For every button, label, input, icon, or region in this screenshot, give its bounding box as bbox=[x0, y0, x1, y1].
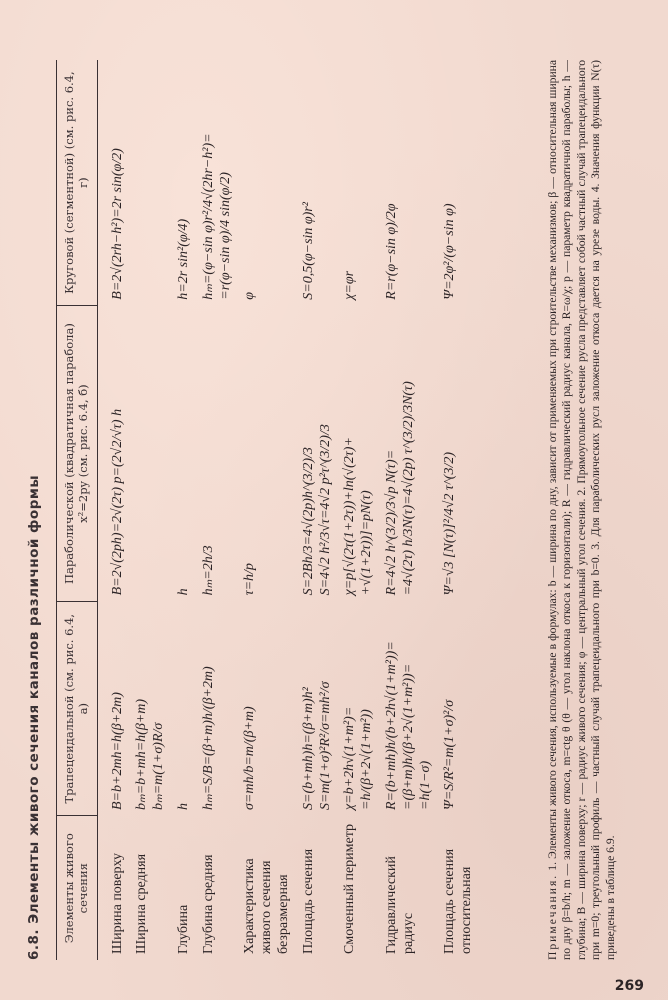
formula-line: h bbox=[176, 312, 193, 596]
formula-line: S=m(1+σ)²R²/σ=mh²/σ bbox=[318, 607, 335, 810]
formula-line: B=b+2mh=h(β+2m) bbox=[110, 607, 127, 810]
formula-line: B=2√(2rh−h²)=2r sin(φ/2) bbox=[110, 66, 127, 300]
table-row: Характеристика живого сечения безразмерн… bbox=[238, 60, 296, 960]
row-label: Смоченный периметр bbox=[338, 816, 380, 960]
trapezoid-formula: B=b+2mh=h(β+2m) bbox=[97, 601, 130, 816]
trapezoid-formula: bₘ=b+mh=h(β+m) bₘ=m(1+σ)R/σ bbox=[130, 601, 172, 816]
circular-formula: h=2r sin²(φ/4) bbox=[172, 60, 197, 306]
parabolic-formula: hₘ=2h/3 bbox=[197, 306, 239, 602]
formula-line: Ψ=2φ²/(φ−sin φ) bbox=[442, 66, 459, 300]
circular-formula: R=r(φ−sin φ)/2φ bbox=[380, 60, 438, 306]
formula-line: =h(1−σ) bbox=[418, 607, 435, 810]
circular-formula: B=2√(2rh−h²)=2r sin(φ/2) bbox=[97, 60, 130, 306]
formula-line: =r(φ−sin φ)/4 sin(φ/2) bbox=[218, 66, 235, 300]
trapezoid-formula: χ=b+2h√(1+m²)= =h/(β+2√(1+m²)) bbox=[338, 601, 380, 816]
row-label: Гидравлический радиус bbox=[380, 816, 438, 960]
formula-line: bₘ=b+mh=h(β+m) bbox=[134, 607, 151, 810]
circular-formula: χ=φr bbox=[338, 60, 380, 306]
notes-label: Примечания. bbox=[546, 874, 559, 960]
row-label: Площадь сечения относительная bbox=[438, 816, 480, 960]
circular-formula: S=0,5(φ−sin φ)r² bbox=[297, 60, 339, 306]
table-row: Смоченный периметр χ=b+2h√(1+m²)= =h/(β+… bbox=[338, 60, 380, 960]
circular-formula: φ bbox=[238, 60, 296, 306]
formula-line: hₘ=(φ−sin φ)r²/4√(2hr−h²)= bbox=[201, 66, 218, 300]
channel-section-table: Элементы живого сечения Трапецеидальной … bbox=[56, 60, 480, 960]
formula-line: χ=φr bbox=[342, 66, 359, 300]
table-row: Площадь сечения относительная Ψ=S/R²=m(1… bbox=[438, 60, 480, 960]
row-label: Ширина поверху bbox=[97, 816, 130, 960]
formula-line: h=2r sin²(φ/4) bbox=[176, 66, 193, 300]
trapezoid-formula: h bbox=[172, 601, 197, 816]
formula-line: R=4√2 h^(3/2)/3√p N(τ)= bbox=[384, 312, 401, 596]
circular-formula bbox=[130, 60, 172, 306]
row-label: Ширина средняя bbox=[130, 816, 172, 960]
table-row: Ширина средняя bₘ=b+mh=h(β+m) bₘ=m(1+σ)R… bbox=[130, 60, 172, 960]
header-elements: Элементы живого сечения bbox=[57, 816, 98, 960]
formula-line: +√(1+2τ))]=pN(τ) bbox=[359, 312, 376, 596]
row-label: Глубина bbox=[172, 816, 197, 960]
table-row: Глубина h h h=2r sin²(φ/4) bbox=[172, 60, 197, 960]
parabolic-formula: S=2Bh/3=4√(2p)h^(3/2)/3 S=4√2 h²/3√τ=4√2… bbox=[297, 306, 339, 602]
table-row: Площадь сечения S=(b+mh)h=(β+m)h² S=m(1+… bbox=[297, 60, 339, 960]
page-number: 269 bbox=[615, 978, 644, 994]
parabolic-formula: Ψ=√3 [N(τ)]²/4√2 τ^(3/2) bbox=[438, 306, 480, 602]
parabolic-formula: χ=p[√(2τ(1+2τ))+ln(√(2τ)+ +√(1+2τ))]=pN(… bbox=[338, 306, 380, 602]
formula-line: Ψ=S/R²=m(1+σ)²/σ bbox=[442, 607, 459, 810]
formula-line: σ=mh/b=m/(β+m) bbox=[242, 607, 259, 810]
parabolic-formula: B=2√(2ph)=2√(2τ) p=(2√2/√τ) h bbox=[97, 306, 130, 602]
rotated-page-content: 6.8. Элементы живого сечения каналов раз… bbox=[8, 30, 658, 990]
notes-text: 1. Элементы живого сечения, используемые… bbox=[546, 60, 617, 960]
table-row: Гидравлический радиус R=(b+mh)h/(b+2h√(1… bbox=[380, 60, 438, 960]
trapezoid-formula: σ=mh/b=m/(β+m) bbox=[238, 601, 296, 816]
table-notes: Примечания. 1. Элементы живого сечения, … bbox=[546, 60, 618, 960]
table-header-row: Элементы живого сечения Трапецеидальной … bbox=[57, 60, 98, 960]
formula-line: R=(b+mh)h/(b+2h√(1+m²))= bbox=[384, 607, 401, 810]
row-label: Характеристика живого сечения безразмерн… bbox=[238, 816, 296, 960]
trapezoid-formula: R=(b+mh)h/(b+2h√(1+m²))= =(β+m)h/(β+2√(1… bbox=[380, 601, 438, 816]
formula-line: S=(b+mh)h=(β+m)h² bbox=[301, 607, 318, 810]
formula-line: S=0,5(φ−sin φ)r² bbox=[301, 66, 318, 300]
parabolic-formula: τ=h/p bbox=[238, 306, 296, 602]
row-label: Площадь сечения bbox=[297, 816, 339, 960]
parabolic-formula: R=4√2 h^(3/2)/3√p N(τ)= =4√(2τ) h/3N(τ)=… bbox=[380, 306, 438, 602]
formula-line: φ bbox=[242, 66, 259, 300]
formula-line: =h/(β+2√(1+m²)) bbox=[359, 607, 376, 810]
parabolic-formula: h bbox=[172, 306, 197, 602]
formula-line: hₘ=S/B=(β+m)h/(β+2m) bbox=[201, 607, 218, 810]
parabolic-formula bbox=[130, 306, 172, 602]
table-title: 6.8. Элементы живого сечения каналов раз… bbox=[26, 475, 42, 960]
table-row: Ширина поверху B=b+2mh=h(β+2m) B=2√(2ph)… bbox=[97, 60, 130, 960]
formula-line: R=r(φ−sin φ)/2φ bbox=[384, 66, 401, 300]
trapezoid-formula: S=(b+mh)h=(β+m)h² S=m(1+σ)²R²/σ=mh²/σ bbox=[297, 601, 339, 816]
formula-line: S=2Bh/3=4√(2p)h^(3/2)/3 bbox=[301, 312, 318, 596]
formula-line: χ=p[√(2τ(1+2τ))+ln(√(2τ)+ bbox=[342, 312, 359, 596]
header-trapezoid: Трапецеидальной (см. рис. 6.4, а) bbox=[57, 601, 98, 816]
table-row: Глубина средняя hₘ=S/B=(β+m)h/(β+2m) hₘ=… bbox=[197, 60, 239, 960]
formula-line: h bbox=[176, 607, 193, 810]
formula-line: Ψ=√3 [N(τ)]²/4√2 τ^(3/2) bbox=[442, 312, 459, 596]
formula-line: τ=h/p bbox=[242, 312, 259, 596]
row-label: Глубина средняя bbox=[197, 816, 239, 960]
formula-line: =4√(2τ) h/3N(τ)=4√(2p) τ^(3/2)/3N(τ) bbox=[401, 312, 418, 596]
formula-line: χ=b+2h√(1+m²)= bbox=[342, 607, 359, 810]
circular-formula: Ψ=2φ²/(φ−sin φ) bbox=[438, 60, 480, 306]
formula-line: B=2√(2ph)=2√(2τ) p=(2√2/√τ) h bbox=[110, 312, 127, 596]
formula-line: =(β+m)h/(β+2√(1+m²))= bbox=[401, 607, 418, 810]
formula-line: hₘ=2h/3 bbox=[201, 312, 218, 596]
formula-line: S=4√2 h²/3√τ=4√2 p²τ^(3/2)/3 bbox=[318, 312, 335, 596]
circular-formula: hₘ=(φ−sin φ)r²/4√(2hr−h²)= =r(φ−sin φ)/4… bbox=[197, 60, 239, 306]
trapezoid-formula: Ψ=S/R²=m(1+σ)²/σ bbox=[438, 601, 480, 816]
header-parabolic: Параболической (квадратичная парабола) x… bbox=[57, 306, 98, 602]
header-circular: Круговой (сегментной) (см. рис. 6.4, г) bbox=[57, 60, 98, 306]
trapezoid-formula: hₘ=S/B=(β+m)h/(β+2m) bbox=[197, 601, 239, 816]
formula-line: bₘ=m(1+σ)R/σ bbox=[151, 607, 168, 810]
